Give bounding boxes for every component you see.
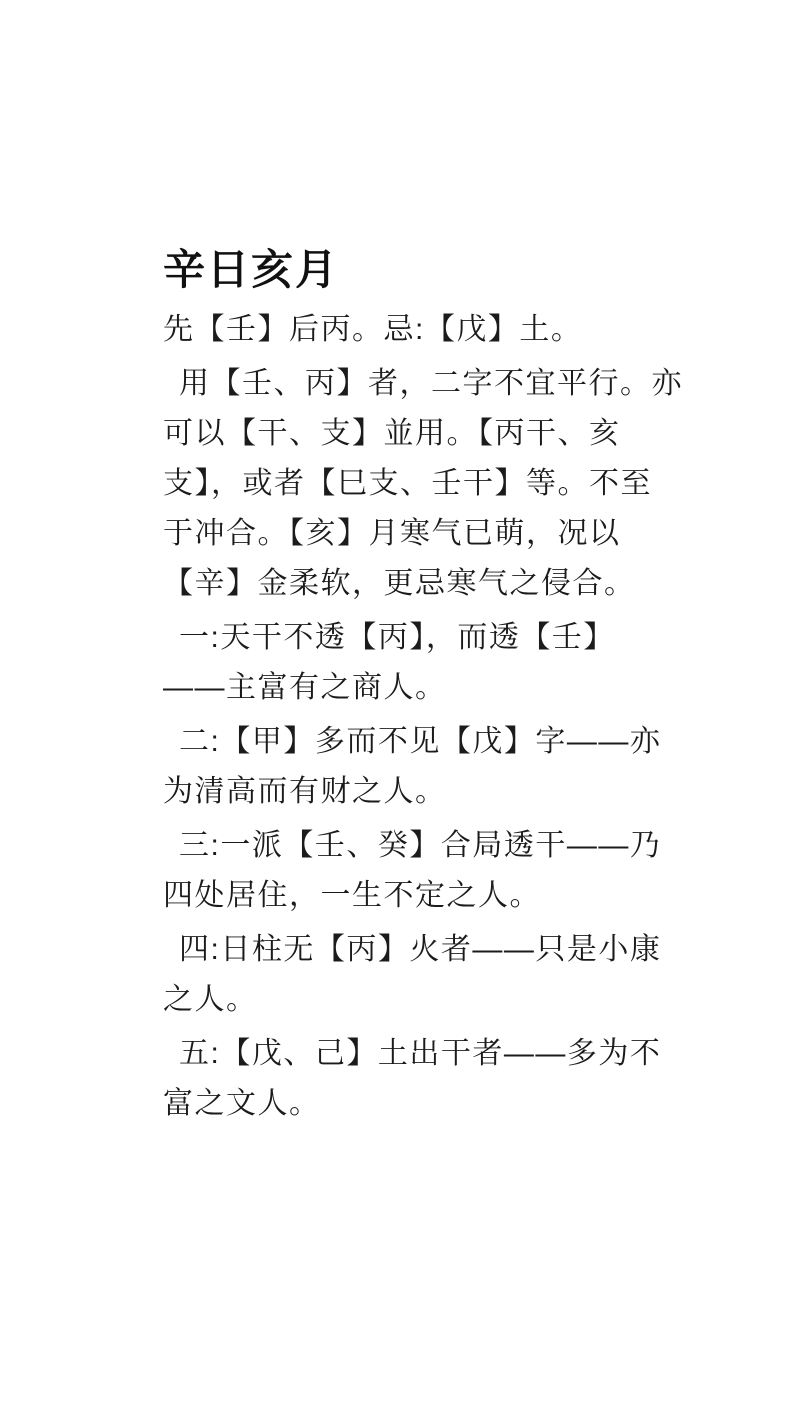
paragraph: 一:天干不透【丙】，而透【壬】——主富有之商人。 bbox=[163, 613, 649, 713]
text-line: 用【壬、丙】者，二字不宜平行。亦 bbox=[163, 359, 649, 409]
text-line: 为清高而有财之人。 bbox=[163, 767, 649, 817]
article-title: 辛日亥月 bbox=[163, 242, 650, 298]
paragraph: 先【壬】后丙。忌:【戊】土。 bbox=[163, 305, 649, 355]
text-line: 二:【甲】多而不见【戊】字——亦 bbox=[163, 717, 649, 767]
paragraph: 二:【甲】多而不见【戊】字——亦为清高而有财之人。 bbox=[163, 717, 649, 817]
paragraph: 四:日柱无【丙】火者——只是小康之人。 bbox=[163, 925, 649, 1025]
text-line: 三:一派【壬、癸】合局透干——乃 bbox=[163, 821, 649, 871]
article-body: 先【壬】后丙。忌:【戊】土。用【壬、丙】者，二字不宜平行。亦可以【干、支】並用。… bbox=[163, 305, 649, 1129]
text-line: 于冲合。【亥】月寒气已萌，况以 bbox=[163, 509, 649, 559]
text-line: 五:【戊、己】土出干者——多为不 bbox=[163, 1029, 649, 1079]
text-line: 之人。 bbox=[163, 975, 649, 1025]
text-line: 一:天干不透【丙】，而透【壬】 bbox=[163, 613, 649, 663]
paragraph: 用【壬、丙】者，二字不宜平行。亦可以【干、支】並用。【丙干、亥支】，或者【巳支、… bbox=[163, 359, 649, 609]
document-page: 辛日亥月 先【壬】后丙。忌:【戊】土。用【壬、丙】者，二字不宜平行。亦可以【干、… bbox=[0, 0, 800, 1422]
text-line: ——主富有之商人。 bbox=[163, 663, 649, 713]
text-line: 支】，或者【巳支、壬干】等。不至 bbox=[163, 459, 649, 509]
text-line: 四:日柱无【丙】火者——只是小康 bbox=[163, 925, 649, 975]
text-line: 【辛】金柔软，更忌寒气之侵合。 bbox=[163, 559, 649, 609]
paragraph: 三:一派【壬、癸】合局透干——乃四处居住，一生不定之人。 bbox=[163, 821, 649, 921]
text-line: 四处居住，一生不定之人。 bbox=[163, 871, 649, 921]
text-line: 可以【干、支】並用。【丙干、亥 bbox=[163, 409, 649, 459]
text-line: 先【壬】后丙。忌:【戊】土。 bbox=[163, 305, 649, 355]
text-line: 富之文人。 bbox=[163, 1079, 649, 1129]
paragraph: 五:【戊、己】土出干者——多为不富之文人。 bbox=[163, 1029, 649, 1129]
